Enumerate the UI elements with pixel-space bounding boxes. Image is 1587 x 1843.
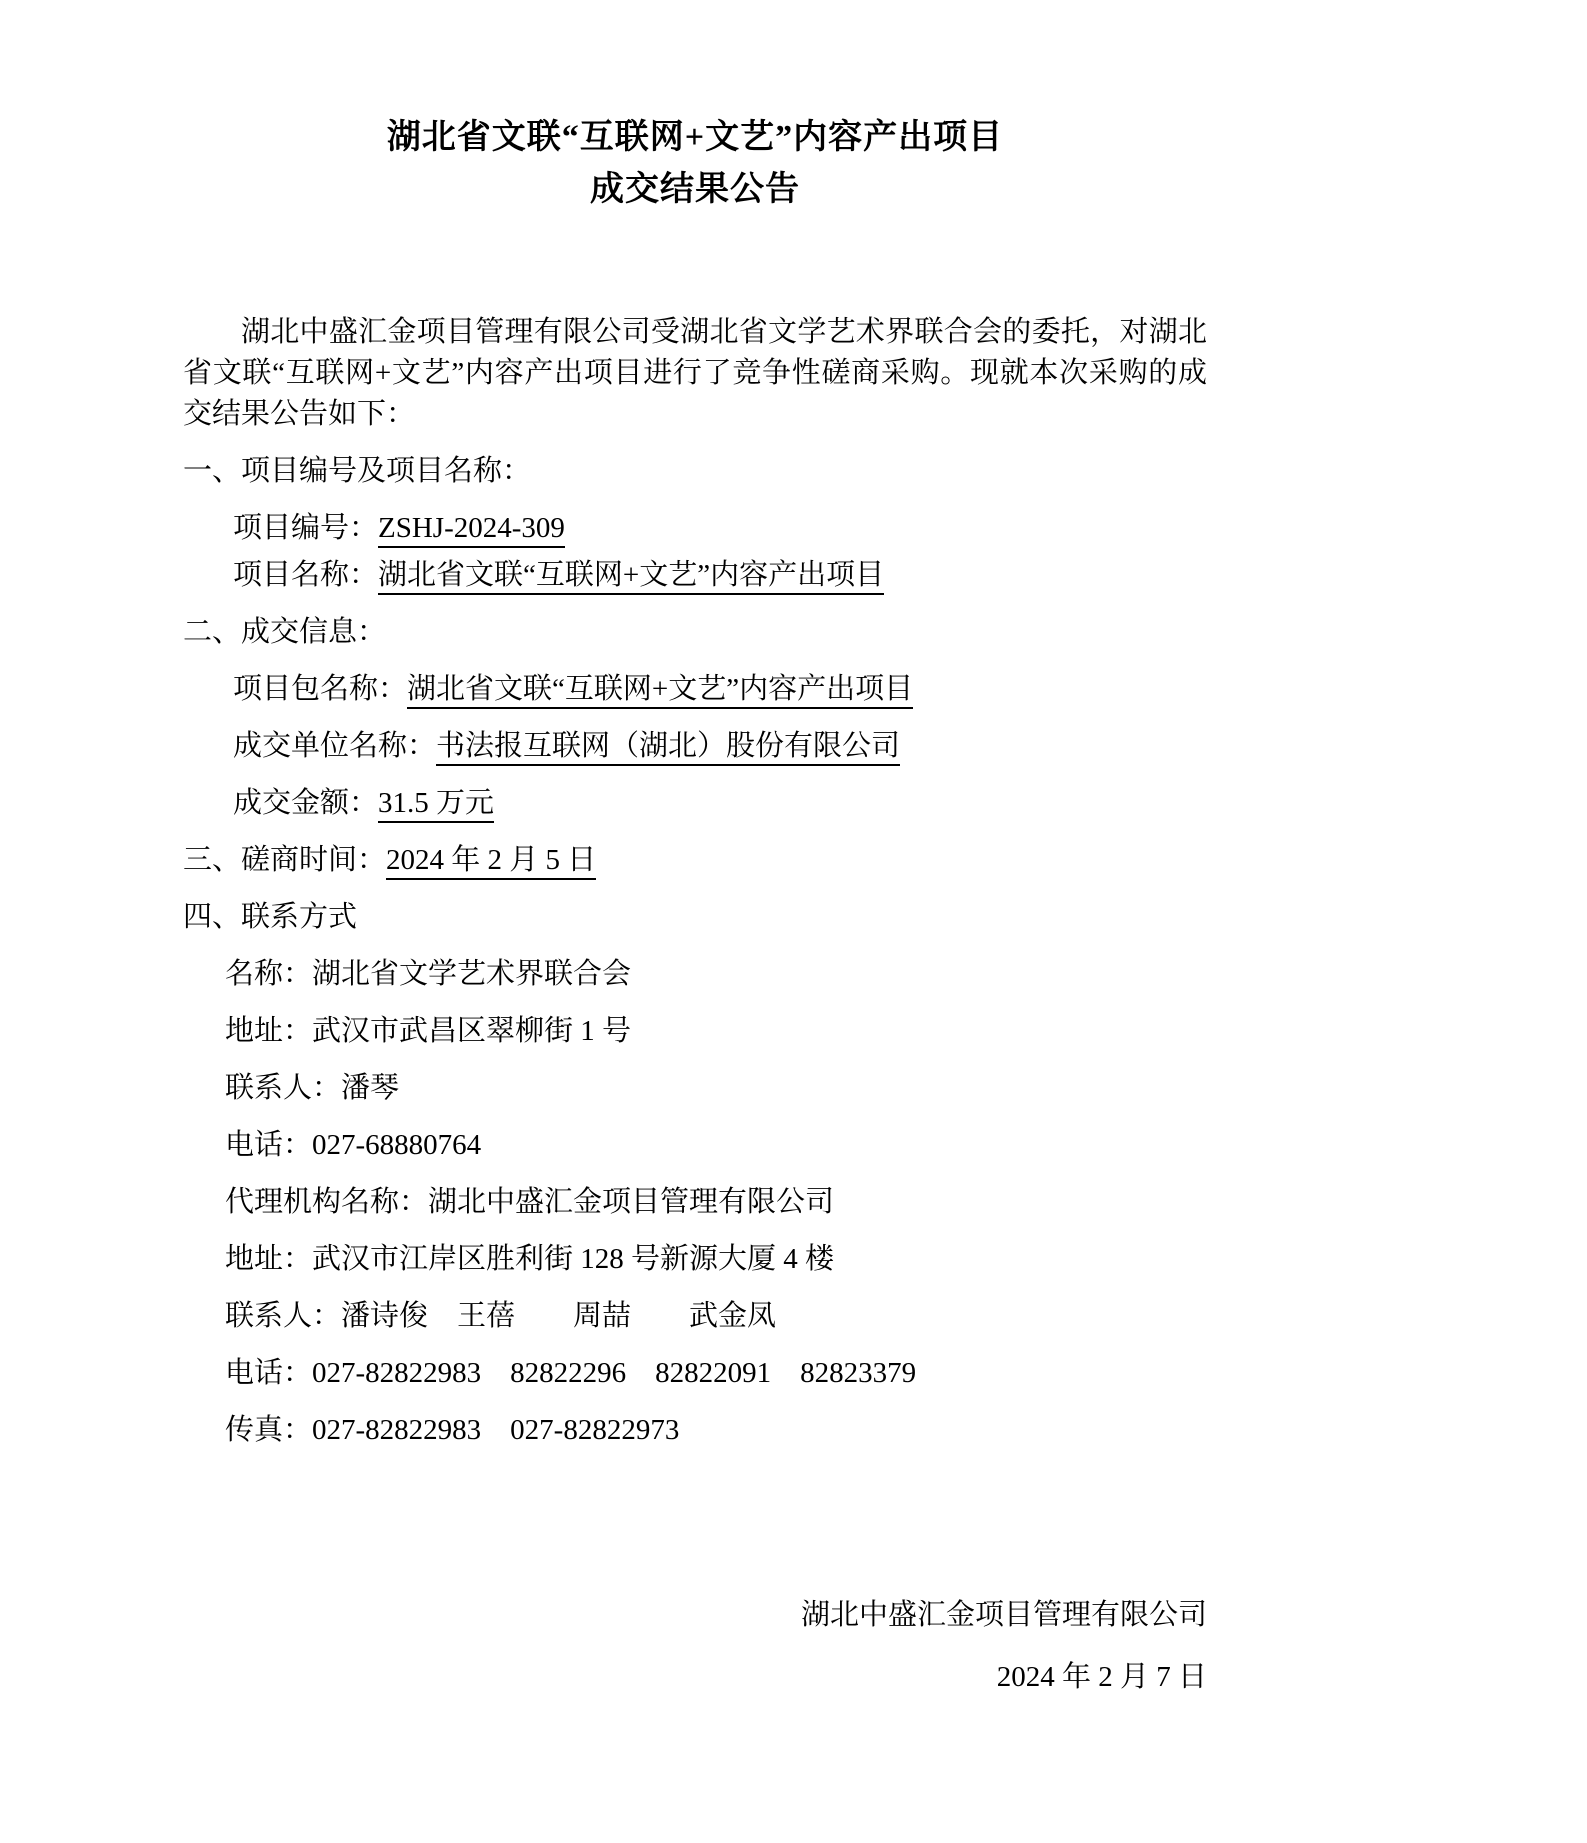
negotiation-date-value: 2024 年 2 月 5 日	[386, 844, 596, 880]
agency-persons-value: 潘诗俊 王蓓 周喆 武金凤	[341, 1300, 776, 1332]
field-package-name: 项目包名称：湖北省文联“互联网+文艺”内容产出项目	[183, 672, 1207, 707]
agency-address-value: 武汉市江岸区胜利街 128 号新源大厦 4 楼	[312, 1243, 834, 1275]
contact-agency-address: 地址：武汉市江岸区胜利街 128 号新源大厦 4 楼	[183, 1242, 1207, 1277]
agency-address-label: 地址：	[225, 1243, 312, 1275]
document-content: 湖北省文联“互联网+文艺”内容产出项目 成交结果公告 湖北中盛汇金项目管理有限公…	[0, 0, 1587, 1695]
contact-agency-persons: 联系人：潘诗俊 王蓓 周喆 武金凤	[183, 1299, 1207, 1334]
project-name-value: 湖北省文联“互联网+文艺”内容产出项目	[378, 559, 884, 595]
field-award-amount: 成交金额：31.5 万元	[183, 786, 1207, 821]
purchaser-address-value: 武汉市武昌区翠柳街 1 号	[312, 1015, 631, 1047]
package-name-value: 湖北省文联“互联网+文艺”内容产出项目	[407, 673, 913, 709]
negotiation-date-label: 三、磋商时间：	[183, 844, 386, 876]
winning-supplier-value: 书法报互联网（湖北）股份有限公司	[436, 730, 900, 766]
agency-persons-label: 联系人：	[225, 1300, 341, 1332]
project-name-label: 项目名称：	[233, 559, 378, 591]
purchaser-phone-label: 电话：	[225, 1129, 312, 1161]
purchaser-name-value: 湖北省文学艺术界联合会	[312, 958, 631, 990]
contact-purchaser-name: 名称：湖北省文学艺术界联合会	[183, 957, 1207, 992]
agency-name-value: 湖北中盛汇金项目管理有限公司	[428, 1186, 834, 1218]
document-title: 湖北省文联“互联网+文艺”内容产出项目 成交结果公告	[183, 112, 1207, 216]
purchaser-person-value: 潘琴	[341, 1072, 399, 1104]
announcement-page: 湖北省文联“互联网+文艺”内容产出项目 成交结果公告 湖北中盛汇金项目管理有限公…	[0, 0, 1587, 1843]
contact-agency-fax: 传真：027-82822983 027-82822973	[183, 1413, 1207, 1448]
signature-company: 湖北中盛汇金项目管理有限公司	[183, 1598, 1207, 1633]
section2-heading: 二、成交信息：	[183, 615, 1207, 650]
agency-name-label: 代理机构名称：	[225, 1186, 428, 1218]
winning-supplier-label: 成交单位名称：	[233, 730, 436, 762]
intro-paragraph: 湖北中盛汇金项目管理有限公司受湖北省文学艺术界联合会的委托，对湖北省文联“互联网…	[183, 312, 1207, 435]
contact-purchaser-address: 地址：武汉市武昌区翠柳街 1 号	[183, 1014, 1207, 1049]
agency-fax-label: 传真：	[225, 1414, 312, 1446]
title-line-1: 湖北省文联“互联网+文艺”内容产出项目	[183, 112, 1207, 164]
package-name-label: 项目包名称：	[233, 673, 407, 705]
project-number-label: 项目编号：	[233, 512, 378, 544]
agency-fax-value: 027-82822983 027-82822973	[312, 1414, 679, 1446]
purchaser-phone-value: 027-68880764	[312, 1129, 481, 1161]
field-winning-supplier: 成交单位名称：书法报互联网（湖北）股份有限公司	[183, 729, 1207, 764]
contact-agency-phones: 电话：027-82822983 82822296 82822091 828233…	[183, 1356, 1207, 1391]
document-body: 一、项目编号及项目名称： 项目编号：ZSHJ-2024-309 项目名称：湖北省…	[183, 454, 1207, 1448]
purchaser-person-label: 联系人：	[225, 1072, 341, 1104]
contact-purchaser-person: 联系人：潘琴	[183, 1071, 1207, 1106]
contact-agency-name: 代理机构名称：湖北中盛汇金项目管理有限公司	[183, 1185, 1207, 1220]
section1-heading: 一、项目编号及项目名称：	[183, 454, 1207, 489]
purchaser-address-label: 地址：	[225, 1015, 312, 1047]
signature-block: 湖北中盛汇金项目管理有限公司 2024 年 2 月 7 日	[183, 1598, 1207, 1695]
purchaser-name-label: 名称：	[225, 958, 312, 990]
award-amount-label: 成交金额：	[233, 787, 378, 819]
award-amount-value: 31.5 万元	[378, 787, 494, 823]
agency-phones-value: 027-82822983 82822296 82822091 82823379	[312, 1357, 916, 1389]
section3-negotiation-date: 三、磋商时间：2024 年 2 月 5 日	[183, 843, 1207, 878]
section4-heading: 四、联系方式	[183, 900, 1207, 935]
field-project-name: 项目名称：湖北省文联“互联网+文艺”内容产出项目	[183, 558, 1207, 593]
contact-purchaser-phone: 电话：027-68880764	[183, 1128, 1207, 1163]
project-number-value: ZSHJ-2024-309	[378, 512, 565, 548]
agency-phones-label: 电话：	[225, 1357, 312, 1389]
signature-date: 2024 年 2 月 7 日	[183, 1660, 1207, 1695]
title-line-2: 成交结果公告	[183, 164, 1207, 216]
field-project-number: 项目编号：ZSHJ-2024-309	[183, 511, 1207, 546]
